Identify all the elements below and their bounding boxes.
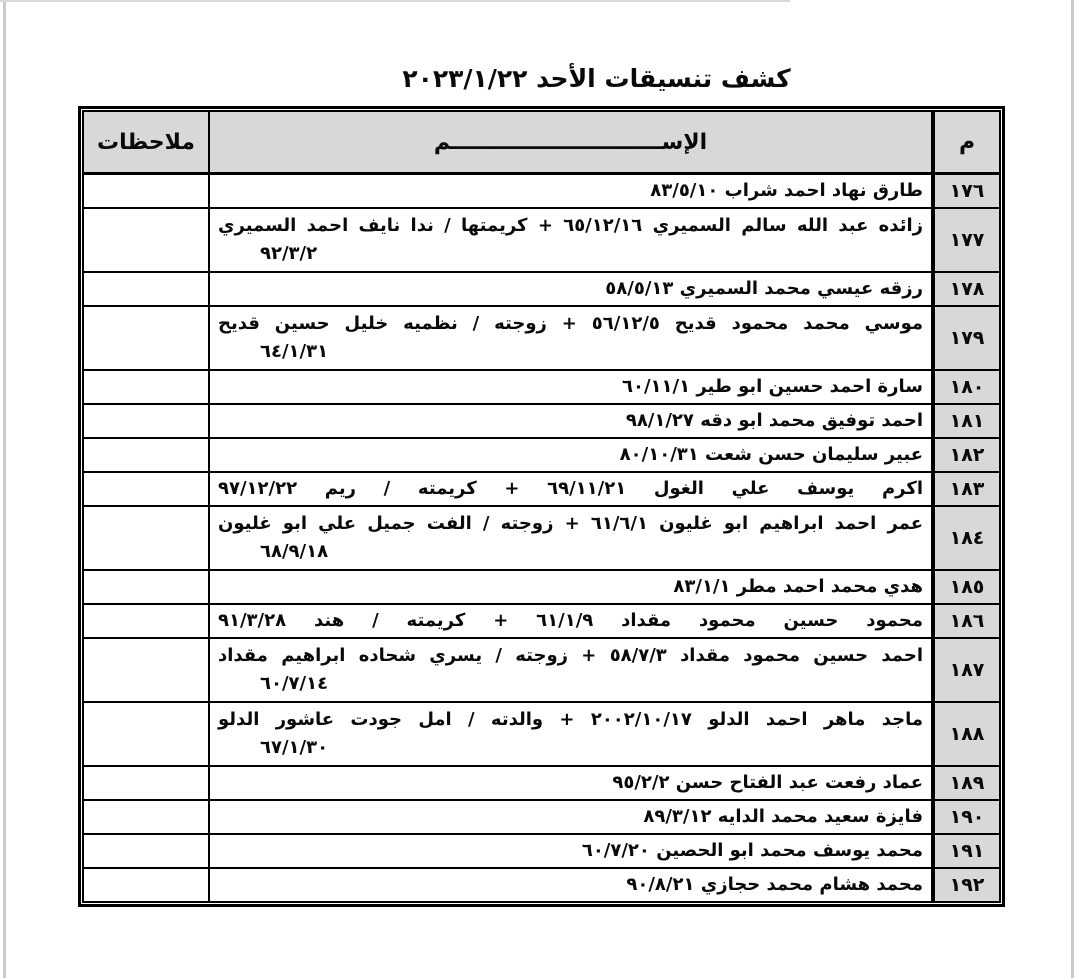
name-date-second-line: ٦٠/٧/١٤	[218, 670, 923, 698]
row-number: ١٧٦	[933, 174, 1000, 208]
row-name-cell: احمد حسين محمود مقداد ٥٨/٧/٣ + زوجته / ي…	[209, 638, 933, 702]
row-number: ١٩١	[933, 834, 1000, 868]
row-name-cell: زائده عبد الله سالم السميري ٦٥/١٢/١٦ + ك…	[209, 208, 933, 272]
row-name-cell: محمد يوسف محمد ابو الحصين ٦٠/٧/٢٠	[209, 834, 933, 868]
row-number: ١٨٨	[933, 702, 1000, 766]
table-row: ١٨٧احمد حسين محمود مقداد ٥٨/٧/٣ + زوجته …	[83, 638, 1000, 702]
row-notes-cell	[83, 766, 209, 800]
name-text: اكرم يوسف علي الغول ٦٩/١١/٢١ + كريمته / …	[218, 475, 923, 503]
row-name-cell: رزقه عيسي محمد السميري ٥٨/٥/١٣	[209, 272, 933, 306]
header-row: م الإســــــــــــــــــــــــــــم ملاح…	[83, 111, 1000, 174]
row-notes-cell	[83, 800, 209, 834]
row-number: ١٨٩	[933, 766, 1000, 800]
row-name-cell: ماجد ماهر احمد الدلو ٢٠٠٢/١٠/١٧ + والدته…	[209, 702, 933, 766]
name-date-second-line: ٦٨/٩/١٨	[218, 538, 923, 566]
names-table: م الإســــــــــــــــــــــــــــم ملاح…	[82, 110, 1001, 903]
table-row: ١٩٢محمد هشام محمد حجازي ٩٠/٨/٢١	[83, 868, 1000, 902]
name-text: هدي محمد احمد مطر ٨٣/١/١	[218, 573, 923, 601]
table-row: ١٩١محمد يوسف محمد ابو الحصين ٦٠/٧/٢٠	[83, 834, 1000, 868]
row-name-cell: عمر احمد ابراهيم ابو غليون ٦١/٦/١ + زوجت…	[209, 506, 933, 570]
row-name-cell: هدي محمد احمد مطر ٨٣/١/١	[209, 570, 933, 604]
row-number: ١٩٢	[933, 868, 1000, 902]
table-row: ١٨٣اكرم يوسف علي الغول ٦٩/١١/٢١ + كريمته…	[83, 472, 1000, 506]
row-notes-cell	[83, 272, 209, 306]
row-notes-cell	[83, 438, 209, 472]
coordination-list-table: م الإســــــــــــــــــــــــــــم ملاح…	[78, 106, 1005, 907]
name-text: عبير سليمان حسن شعت ٨٠/١٠/٣١	[218, 441, 923, 469]
name-text: سارة احمد حسين ابو طير ٦٠/١١/١	[218, 373, 923, 401]
row-name-cell: محمود حسين محمود مقداد ٦١/١/٩ + كريمته /…	[209, 604, 933, 638]
table-row: ١٧٩موسي محمد محمود قديح ٥٦/١٢/٥ + زوجته …	[83, 306, 1000, 370]
row-notes-cell	[83, 638, 209, 702]
row-name-cell: فايزة سعيد محمد الدايه ٨٩/٣/١٢	[209, 800, 933, 834]
name-text: محمد هشام محمد حجازي ٩٠/٨/٢١	[218, 871, 923, 899]
table-row: ١٨٤عمر احمد ابراهيم ابو غليون ٦١/٦/١ + ز…	[83, 506, 1000, 570]
row-name-cell: عبير سليمان حسن شعت ٨٠/١٠/٣١	[209, 438, 933, 472]
header-cell-number: م	[933, 111, 1000, 174]
name-text: عماد رفعت عبد الفتاح حسن ٩٥/٢/٢	[218, 769, 923, 797]
name-text: احمد توفيق محمد ابو دقه ٩٨/١/٢٧	[218, 407, 923, 435]
row-number: ١٨٤	[933, 506, 1000, 570]
name-text: زائده عبد الله سالم السميري ٦٥/١٢/١٦ + ك…	[218, 212, 923, 240]
name-text: احمد حسين محمود مقداد ٥٨/٧/٣ + زوجته / ي…	[218, 642, 923, 670]
name-text: محمد يوسف محمد ابو الحصين ٦٠/٧/٢٠	[218, 837, 923, 865]
row-notes-cell	[83, 370, 209, 404]
table-row: ١٩٠فايزة سعيد محمد الدايه ٨٩/٣/١٢	[83, 800, 1000, 834]
table-row: ١٨٠سارة احمد حسين ابو طير ٦٠/١١/١	[83, 370, 1000, 404]
row-name-cell: احمد توفيق محمد ابو دقه ٩٨/١/٢٧	[209, 404, 933, 438]
page-edge-right	[1071, 0, 1074, 978]
table-row: ١٧٨رزقه عيسي محمد السميري ٥٨/٥/١٣	[83, 272, 1000, 306]
row-name-cell: طارق نهاد احمد شراب ٨٣/٥/١٠	[209, 174, 933, 208]
table-row: ١٨٢عبير سليمان حسن شعت ٨٠/١٠/٣١	[83, 438, 1000, 472]
row-number: ١٨٣	[933, 472, 1000, 506]
row-name-cell: اكرم يوسف علي الغول ٦٩/١١/٢١ + كريمته / …	[209, 472, 933, 506]
name-text: محمود حسين محمود مقداد ٦١/١/٩ + كريمته /…	[218, 607, 923, 635]
name-date-second-line: ٦٤/١/٣١	[218, 338, 923, 366]
row-number: ١٨٦	[933, 604, 1000, 638]
name-text: موسي محمد محمود قديح ٥٦/١٢/٥ + زوجته / ن…	[218, 310, 923, 338]
scanned-document-page: كشف تنسيقات الأحد ٢٠٢٣/١/٢٢ م الإســــــ…	[0, 0, 1079, 978]
row-name-cell: عماد رفعت عبد الفتاح حسن ٩٥/٢/٢	[209, 766, 933, 800]
row-name-cell: سارة احمد حسين ابو طير ٦٠/١١/١	[209, 370, 933, 404]
row-number: ١٧٩	[933, 306, 1000, 370]
table-row: ١٧٦طارق نهاد احمد شراب ٨٣/٥/١٠	[83, 174, 1000, 208]
name-date-second-line: ٦٧/١/٣٠	[218, 734, 923, 762]
row-notes-cell	[83, 404, 209, 438]
table-row: ١٨٥هدي محمد احمد مطر ٨٣/١/١	[83, 570, 1000, 604]
name-text: رزقه عيسي محمد السميري ٥٨/٥/١٣	[218, 275, 923, 303]
name-text: طارق نهاد احمد شراب ٨٣/٥/١٠	[218, 177, 923, 205]
row-number: ١٨٧	[933, 638, 1000, 702]
row-number: ١٨٢	[933, 438, 1000, 472]
table-header: م الإســــــــــــــــــــــــــــم ملاح…	[83, 111, 1000, 174]
row-name-cell: محمد هشام محمد حجازي ٩٠/٨/٢١	[209, 868, 933, 902]
row-notes-cell	[83, 174, 209, 208]
row-number: ١٩٠	[933, 800, 1000, 834]
row-number: ١٨٠	[933, 370, 1000, 404]
header-cell-name: الإســــــــــــــــــــــــــــم	[209, 111, 933, 174]
name-text: فايزة سعيد محمد الدايه ٨٩/٣/١٢	[218, 803, 923, 831]
page-edge-top	[0, 0, 790, 2]
row-number: ١٨١	[933, 404, 1000, 438]
row-notes-cell	[83, 834, 209, 868]
row-notes-cell	[83, 208, 209, 272]
row-name-cell: موسي محمد محمود قديح ٥٦/١٢/٥ + زوجته / ن…	[209, 306, 933, 370]
table-row: ١٨١احمد توفيق محمد ابو دقه ٩٨/١/٢٧	[83, 404, 1000, 438]
row-notes-cell	[83, 604, 209, 638]
row-number: ١٧٧	[933, 208, 1000, 272]
table-row: ١٨٦محمود حسين محمود مقداد ٦١/١/٩ + كريمت…	[83, 604, 1000, 638]
page-title: كشف تنسيقات الأحد ٢٠٢٣/١/٢٢	[0, 64, 1079, 93]
name-date-second-line: ٩٢/٣/٢	[218, 240, 923, 268]
name-text: ماجد ماهر احمد الدلو ٢٠٠٢/١٠/١٧ + والدته…	[218, 706, 923, 734]
row-notes-cell	[83, 570, 209, 604]
page-edge-left	[3, 0, 6, 978]
name-text: عمر احمد ابراهيم ابو غليون ٦١/٦/١ + زوجت…	[218, 510, 923, 538]
row-notes-cell	[83, 868, 209, 902]
table-row: ١٨٩عماد رفعت عبد الفتاح حسن ٩٥/٢/٢	[83, 766, 1000, 800]
table-body: ١٧٦طارق نهاد احمد شراب ٨٣/٥/١٠١٧٧زائده ع…	[83, 174, 1000, 902]
row-notes-cell	[83, 506, 209, 570]
table-row: ١٨٨ماجد ماهر احمد الدلو ٢٠٠٢/١٠/١٧ + وال…	[83, 702, 1000, 766]
table-row: ١٧٧زائده عبد الله سالم السميري ٦٥/١٢/١٦ …	[83, 208, 1000, 272]
header-cell-notes: ملاحظات	[83, 111, 209, 174]
row-number: ١٨٥	[933, 570, 1000, 604]
row-notes-cell	[83, 306, 209, 370]
row-notes-cell	[83, 702, 209, 766]
row-number: ١٧٨	[933, 272, 1000, 306]
row-notes-cell	[83, 472, 209, 506]
